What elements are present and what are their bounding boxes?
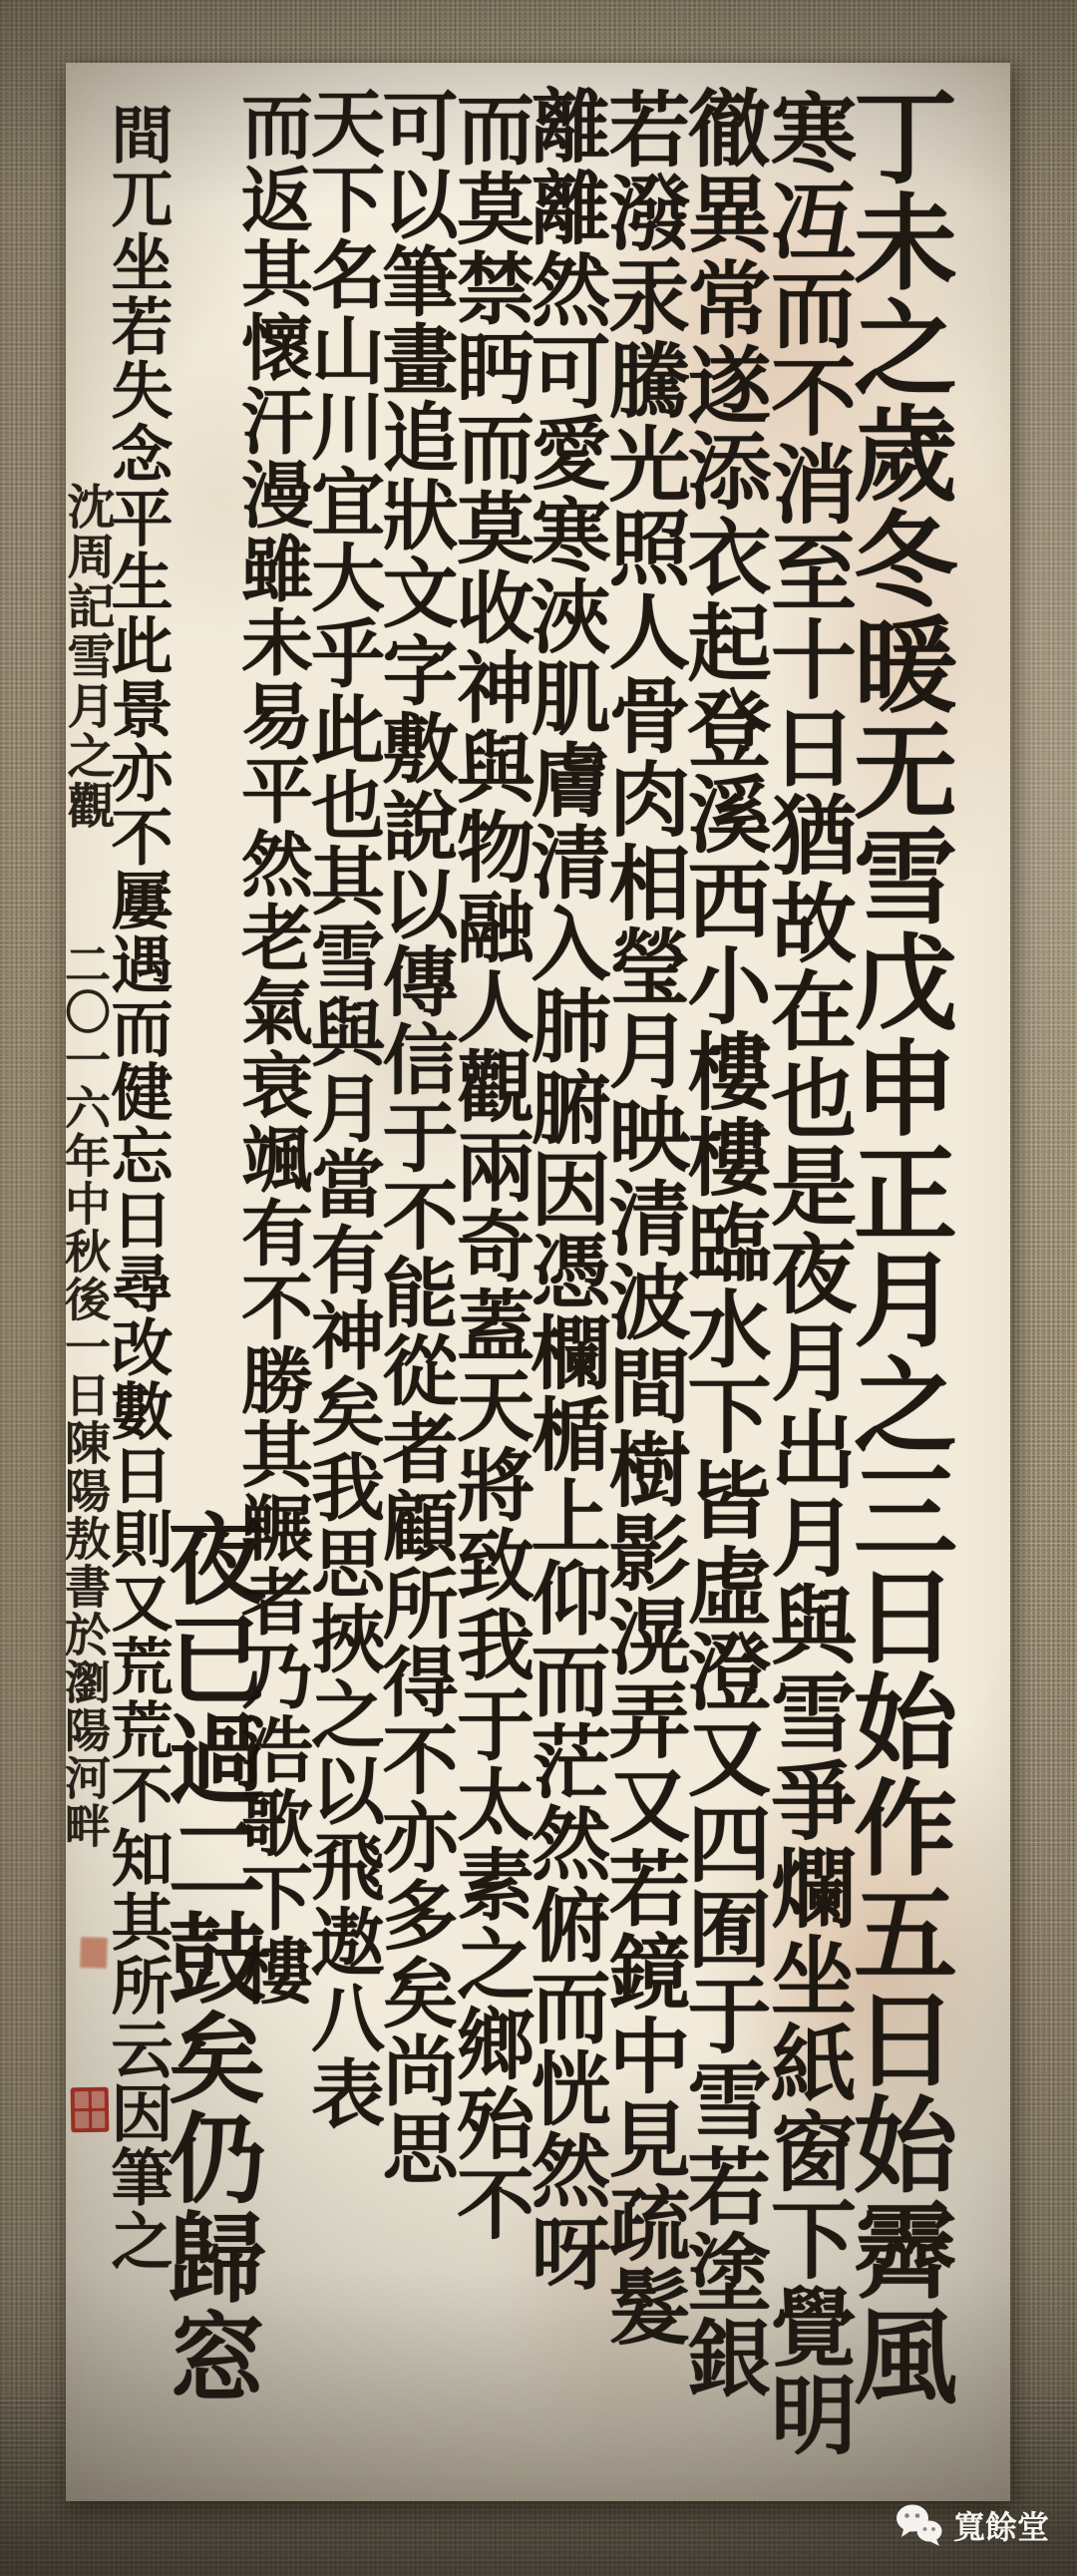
text-column-5: 離離然可愛寒浹肌膚清入肺腑因憑欄楯上仰而茫然俯而恍然呀 xyxy=(537,85,622,2293)
colophon-attribution-column: 沈周記雪月之觀 xyxy=(68,482,122,831)
text-column-10: 夜已過二鼓矣仍歸窓 xyxy=(176,1509,279,2406)
text-column-6: 而莫禁眄而莫收神與物融人觀兩奇蓋天將致我于太素之鄉殆不 xyxy=(461,89,544,2243)
text-column-8: 天下名山川宜大乎此也其雪與月當有神矣我思挾之以飛遨八表 xyxy=(315,85,395,2131)
calligraphy-paper-sheet: 丁未之歲冬暖无雪戊申正月之三日始作五日始霽風 寒冱而不消至十日猶故在也是夜月出月… xyxy=(66,63,1010,2501)
text-column-4: 若潑汞騰光照人骨肉相瑩月映清波間樹影滉弄又若鏡中見疏髮 xyxy=(614,87,702,2349)
text-column-2: 寒冱而不消至十日猶故在也是夜月出月與雪爭爛坐紙窗下覺明 xyxy=(776,89,868,2458)
text-column-3: 徹異常遂添衣起登溪西小樓樓臨水下皆虛澄又四囿于雪若塗銀 xyxy=(694,85,784,2400)
wechat-icon xyxy=(894,2503,945,2547)
text-column-11: 間兀坐若失念平生此景亦不屢遇而健忘日尋改數日則又荒荒不知其所云因筆之 xyxy=(114,103,181,2273)
artwork-photo: 丁未之歲冬暖无雪戊申正月之三日始作五日始霽風 寒冱而不消至十日猶故在也是夜月出月… xyxy=(0,0,1077,2576)
watermark-label: 寬餘堂 xyxy=(953,2502,1049,2548)
colophon-signature-column: 二〇一六年中秋後一日陳陽敖書於瀏陽河畔 xyxy=(66,940,118,1850)
watermark: 寬餘堂 xyxy=(894,2501,1049,2549)
text-column-1: 丁未之歲冬暖无雪戊申正月之三日始作五日始霽風 xyxy=(862,83,971,2408)
artist-red-seal-icon xyxy=(71,2087,110,2133)
text-column-7: 可以筆畫追狀文字敷說以傳信于不能從者顧所得不亦多矣尚思 xyxy=(387,87,469,2187)
small-light-red-seal-icon xyxy=(79,1937,108,1970)
